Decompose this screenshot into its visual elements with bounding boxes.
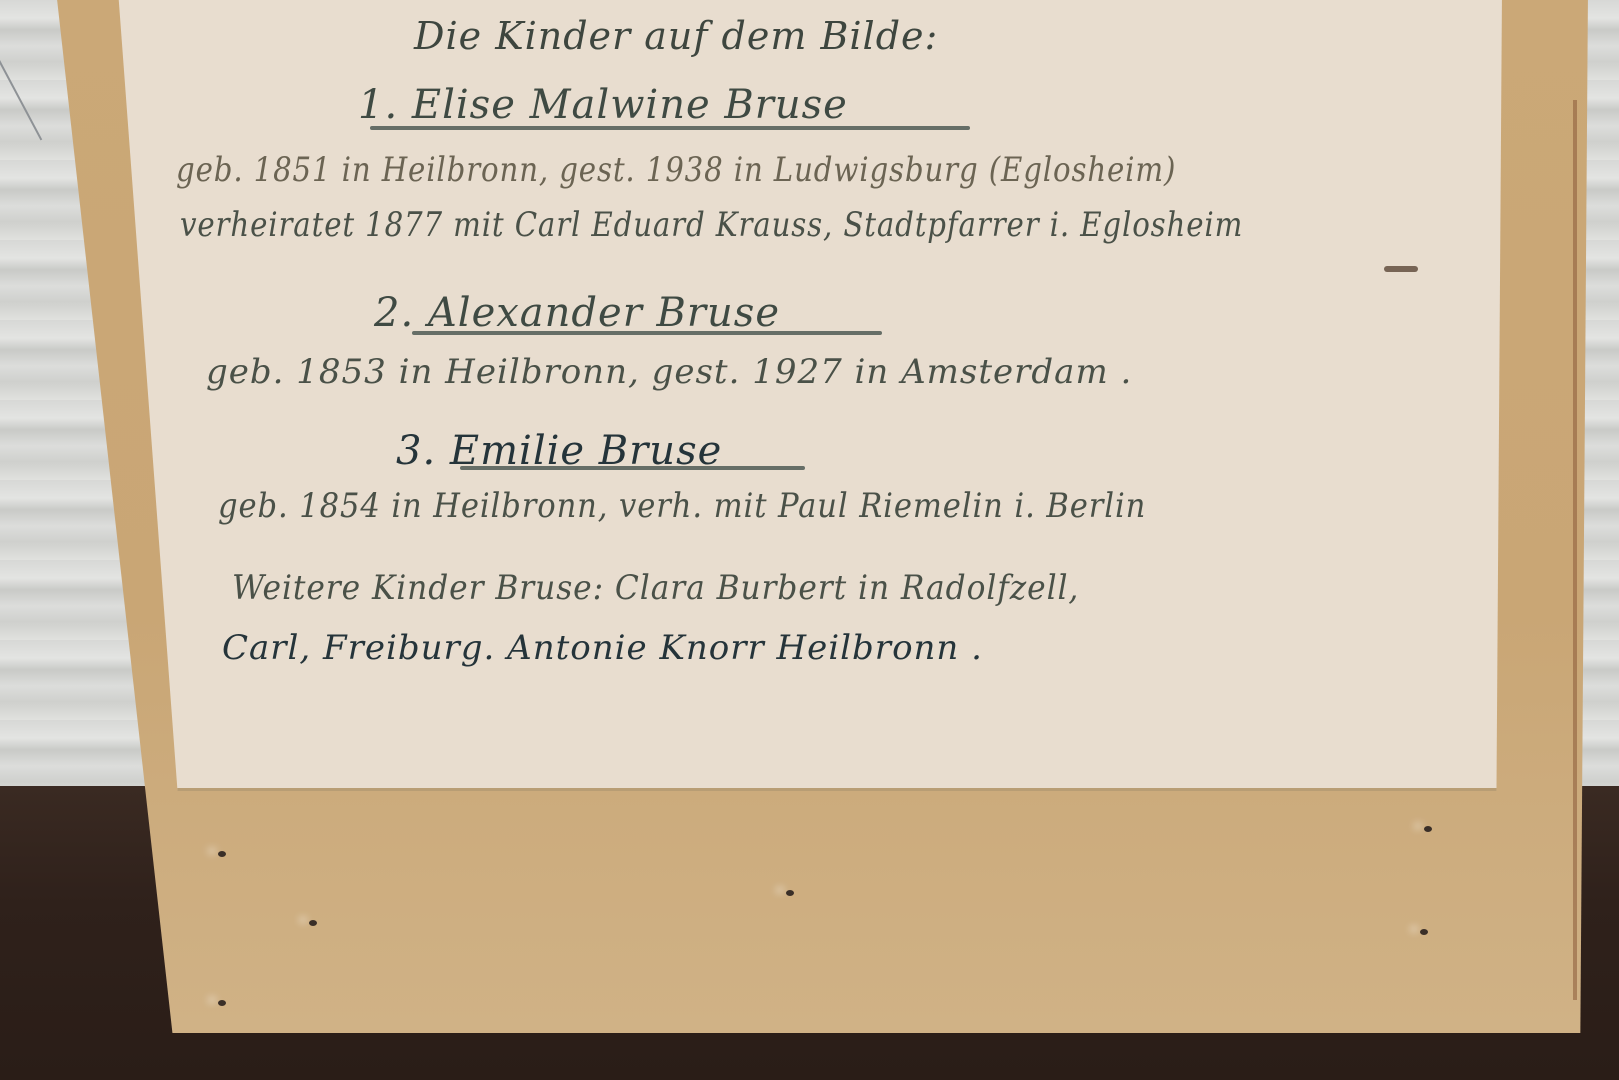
entry-1-underline (370, 126, 970, 130)
pin-hole (1424, 826, 1432, 832)
footer-line-2: Carl, Freiburg. Antonie Knorr Heilbronn … (222, 628, 983, 668)
document-heading: Die Kinder auf dem Bilde: (414, 14, 938, 58)
paper-tear (1384, 266, 1418, 272)
entry-number: 2. (374, 290, 414, 336)
pin-hole (218, 1000, 226, 1006)
entry-2-line-1: geb. 1853 in Heilbronn, gest. 1927 in Am… (206, 352, 1132, 392)
entry-3-line-1: geb. 1854 in Heilbronn, verh. mit Paul R… (218, 486, 1146, 526)
entry-1-line-2: verheiratet 1877 mit Carl Eduard Krauss,… (180, 205, 1243, 245)
pin-hole (309, 920, 317, 926)
entry-name: Alexander Bruse (428, 290, 780, 336)
entry-1-line-1: geb. 1851 in Heilbronn, gest. 1938 in Lu… (176, 150, 1176, 190)
entry-number: 3. (396, 428, 436, 474)
entry-2-title: 2. Alexander Bruse (374, 290, 780, 336)
pin-hole (1420, 929, 1428, 935)
footer-line-1: Weitere Kinder Bruse: Clara Burbert in R… (232, 568, 1079, 608)
entry-3-underline (460, 466, 805, 470)
board-edge (1573, 100, 1577, 1000)
entry-number: 1. (358, 82, 398, 128)
pin-hole (218, 851, 226, 857)
pin-hole (786, 890, 794, 896)
entry-2-underline (412, 331, 882, 335)
wall-seam (0, 60, 42, 140)
entry-1-title: 1. Elise Malwine Bruse (358, 82, 848, 128)
entry-name: Elise Malwine Bruse (412, 82, 848, 128)
